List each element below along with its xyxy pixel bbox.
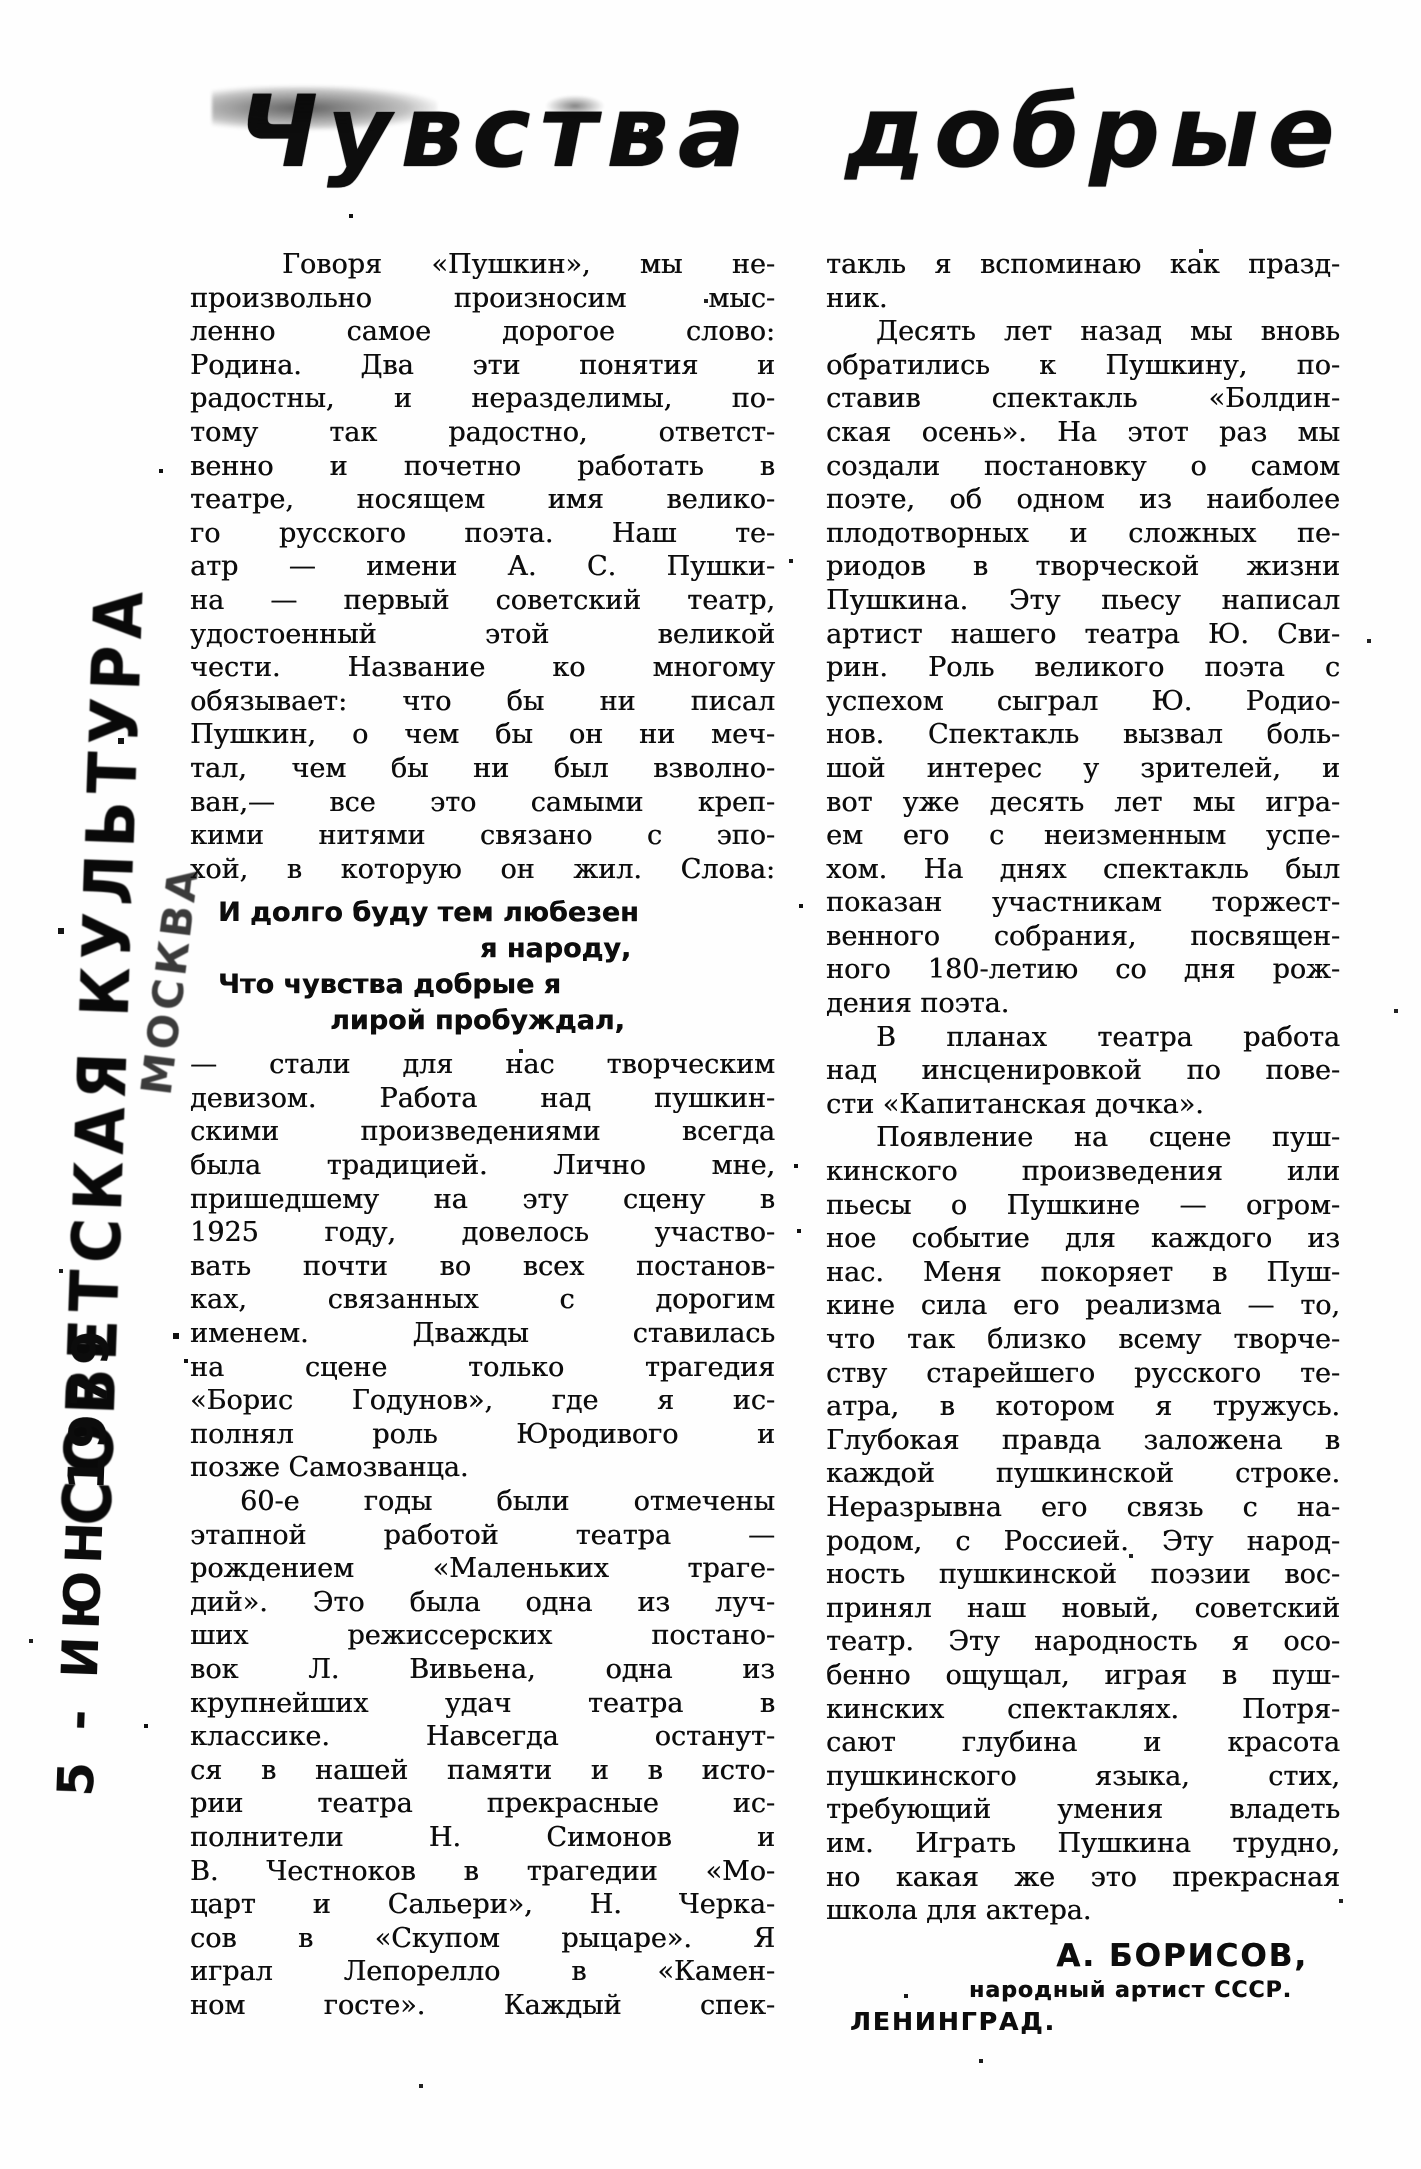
text-line: принял наш новый, советский bbox=[826, 1592, 1340, 1626]
text-line: бенно ощущал, играя в пуш- bbox=[826, 1659, 1340, 1693]
text-line: ленно самое дорогое слово: bbox=[190, 315, 775, 349]
text-line: такль я вспоминаю как празд- bbox=[826, 248, 1340, 282]
text-line: ность пушкинской поэзии вос- bbox=[826, 1558, 1340, 1592]
text-line: пьесы о Пушкине — огром- bbox=[826, 1189, 1340, 1223]
text-line: была традицией. Лично мне, bbox=[190, 1149, 775, 1183]
text-line: вок Л. Вивьена, одна из bbox=[190, 1653, 775, 1687]
signature-city: ЛЕНИНГРАД. bbox=[826, 2006, 1340, 2038]
text-line: над инсценировкой по пове- bbox=[826, 1054, 1340, 1088]
text-line: ших режиссерских постано- bbox=[190, 1619, 775, 1653]
scan-noise-specks bbox=[0, 0, 2, 2]
text-line: на — первый советский театр, bbox=[190, 584, 775, 618]
verse-line: лирой пробуждал, bbox=[190, 1003, 775, 1039]
text-line: Пушкина. Эту пьесу написал bbox=[826, 584, 1340, 618]
text-line: школа для актера. bbox=[826, 1894, 1340, 1928]
text-line: вать почти во всех постанов- bbox=[190, 1250, 775, 1284]
text-line: полнители Н. Симонов и bbox=[190, 1821, 775, 1855]
text-line: В. Честноков в трагедии «Мо- bbox=[190, 1855, 775, 1889]
text-line: атра, в котором я тружусь. bbox=[826, 1390, 1340, 1424]
text-line: Десять лет назад мы вновь bbox=[826, 315, 1340, 349]
text-line: ник. bbox=[826, 282, 1340, 316]
text-line: вот уже десять лет мы игра- bbox=[826, 786, 1340, 820]
text-line: 60-е годы были отмечены bbox=[190, 1485, 775, 1519]
text-line: этапной работой театра — bbox=[190, 1519, 775, 1553]
signature-name: А. БОРИСОВ, bbox=[826, 1936, 1340, 1976]
text-line: Пушкин, о чем бы он ни меч- bbox=[190, 718, 775, 752]
paragraph: Появление на сцене пуш-кинского произвед… bbox=[826, 1121, 1340, 1927]
text-line: дения поэта. bbox=[826, 987, 1340, 1021]
verse-line: Что чувства добрые я bbox=[190, 967, 775, 1003]
text-line: пришедшему на эту сцену в bbox=[190, 1183, 775, 1217]
text-line: дий». Это была одна из луч- bbox=[190, 1586, 775, 1620]
text-line: именем. Дважды ставилась bbox=[190, 1317, 775, 1351]
verse-line: И долго буду тем любезен bbox=[190, 895, 775, 931]
text-line: сов в «Скупом рыцаре». Я bbox=[190, 1922, 775, 1956]
text-line: полнял роль Юродивого и bbox=[190, 1418, 775, 1452]
text-line: нас. Меня покоряет в Пуш- bbox=[826, 1256, 1340, 1290]
text-line: нов. Спектакль вызвал боль- bbox=[826, 718, 1340, 752]
text-line: Неразрывна его связь с на- bbox=[826, 1491, 1340, 1525]
text-line: театр. Эту народность я осо- bbox=[826, 1625, 1340, 1659]
paragraph: такль я вспоминаю как празд-ник. bbox=[826, 248, 1340, 315]
text-line: пушкинского языка, стих, bbox=[826, 1760, 1340, 1794]
text-line: Родина. Два эти понятия и bbox=[190, 349, 775, 383]
article-title: Чувства добрые bbox=[238, 78, 1378, 188]
text-line: ного 180-летию со дня рож- bbox=[826, 953, 1340, 987]
text-line: каждой пушкинской строке. bbox=[826, 1457, 1340, 1491]
text-line: тому так радостно, ответст- bbox=[190, 416, 775, 450]
text-line: шой интерес у зрителей, и bbox=[826, 752, 1340, 786]
paragraph: В планах театра работанад инсценировкой … bbox=[826, 1021, 1340, 1122]
text-line: родом, с Россией. Эту народ- bbox=[826, 1525, 1340, 1559]
text-line: ном госте». Каждый спек- bbox=[190, 1989, 775, 2023]
text-line: атр — имени А. С. Пушки- bbox=[190, 550, 775, 584]
text-line: что так близко всему творче- bbox=[826, 1323, 1340, 1357]
text-line: требующий умения владеть bbox=[826, 1793, 1340, 1827]
text-line: ем его с неизменным успе- bbox=[826, 819, 1340, 853]
text-line: обязывает: что бы ни писал bbox=[190, 685, 775, 719]
newspaper-clipping-page: СОВЕТСКАЯ КУЛЬТУРА МОСКВА 5 - ИЮН 1979 Ч… bbox=[0, 0, 1421, 2169]
text-line: чести. Название ко многому bbox=[190, 651, 775, 685]
text-line: «Борис Годунов», где я ис- bbox=[190, 1384, 775, 1418]
text-line: позже Самозванца. bbox=[190, 1451, 775, 1485]
text-line: тал, чем бы ни был взволно- bbox=[190, 752, 775, 786]
signature-title: народный артист СССР. bbox=[826, 1976, 1340, 2006]
text-line: ставив спектакль «Болдин- bbox=[826, 382, 1340, 416]
text-line: скими произведениями всегда bbox=[190, 1115, 775, 1149]
text-line: классике. Навсегда останут- bbox=[190, 1720, 775, 1754]
paragraph: 60-е годы были отмеченыэтапной работой т… bbox=[190, 1485, 775, 2023]
text-line: кими нитями связано с эпо- bbox=[190, 819, 775, 853]
text-line: рин. Роль великого поэта с bbox=[826, 651, 1340, 685]
text-line: Говоря «Пушкин», мы не- bbox=[190, 248, 775, 282]
text-line: го русского поэта. Наш те- bbox=[190, 517, 775, 551]
text-line: удостоенный этой великой bbox=[190, 618, 775, 652]
text-line: играл Лепорелло в «Камен- bbox=[190, 1955, 775, 1989]
text-line: поэте, об одном из наиболее bbox=[826, 483, 1340, 517]
article-column-right: такль я вспоминаю как празд-ник.Десять л… bbox=[826, 248, 1340, 2038]
verse-line: я народу, bbox=[190, 931, 775, 967]
text-line: но какая же это прекрасная bbox=[826, 1861, 1340, 1895]
text-line: ван,— все это самыми креп- bbox=[190, 786, 775, 820]
text-line: Глубокая правда заложена в bbox=[826, 1424, 1340, 1458]
text-line: 1925 году, довелось участво- bbox=[190, 1216, 775, 1250]
text-line: хой, в которую он жил. Слова: bbox=[190, 853, 775, 887]
text-line: венно и почетно работать в bbox=[190, 450, 775, 484]
text-line: сти «Капитанская дочка». bbox=[826, 1088, 1340, 1122]
text-line: риодов в творческой жизни bbox=[826, 550, 1340, 584]
text-line: ская осень». На этот раз мы bbox=[826, 416, 1340, 450]
poem-quote: И долго буду тем любезеня народу,Что чув… bbox=[190, 895, 775, 1039]
text-line: В планах театра работа bbox=[826, 1021, 1340, 1055]
text-line: хом. На днях спектакль был bbox=[826, 853, 1340, 887]
text-line: успехом сыграл Ю. Родио- bbox=[826, 685, 1340, 719]
text-line: артист нашего театра Ю. Сви- bbox=[826, 618, 1340, 652]
text-line: радостны, и неразделимы, по- bbox=[190, 382, 775, 416]
article-column-left: Говоря «Пушкин», мы не-произвольно произ… bbox=[190, 248, 775, 2023]
text-line: кине сила его реализма — то, bbox=[826, 1289, 1340, 1323]
text-line: ное событие для каждого из bbox=[826, 1222, 1340, 1256]
text-line: — стали для нас творческим bbox=[190, 1048, 775, 1082]
text-line: обратились к Пушкину, по- bbox=[826, 349, 1340, 383]
text-line: создали постановку о самом bbox=[826, 450, 1340, 484]
text-line: венного собрания, посвящен- bbox=[826, 920, 1340, 954]
text-line: царт и Сальери», Н. Черка- bbox=[190, 1888, 775, 1922]
text-line: сают глубина и красота bbox=[826, 1726, 1340, 1760]
text-line: девизом. Работа над пушкин- bbox=[190, 1082, 775, 1116]
text-line: произвольно произносим мыс- bbox=[190, 282, 775, 316]
text-line: театре, носящем имя велико- bbox=[190, 483, 775, 517]
text-line: кинского произведения или bbox=[826, 1155, 1340, 1189]
article-column-right-text: такль я вспоминаю как празд-ник.Десять л… bbox=[826, 248, 1340, 1928]
text-line: плодотворных и сложных пе- bbox=[826, 517, 1340, 551]
paragraph: Десять лет назад мы вновьобратились к Пу… bbox=[826, 315, 1340, 1020]
paragraph: — стали для нас творческимдевизом. Работ… bbox=[190, 1048, 775, 1485]
text-line: Появление на сцене пуш- bbox=[826, 1121, 1340, 1155]
text-line: рождением «Маленьких траге- bbox=[190, 1552, 775, 1586]
text-line: крупнейших удач театра в bbox=[190, 1687, 775, 1721]
text-line: ству старейшего русского те- bbox=[826, 1357, 1340, 1391]
text-line: им. Играть Пушкина трудно, bbox=[826, 1827, 1340, 1861]
text-line: кинских спектаклях. Потря- bbox=[826, 1693, 1340, 1727]
text-line: ся в нашей памяти и в исто- bbox=[190, 1754, 775, 1788]
text-line: ках, связанных с дорогим bbox=[190, 1283, 775, 1317]
text-line: показан участникам торжест- bbox=[826, 886, 1340, 920]
text-line: на сцене только трагедия bbox=[190, 1351, 775, 1385]
text-line: рии театра прекрасные ис- bbox=[190, 1787, 775, 1821]
paragraph: Говоря «Пушкин», мы не-произвольно произ… bbox=[190, 248, 775, 886]
